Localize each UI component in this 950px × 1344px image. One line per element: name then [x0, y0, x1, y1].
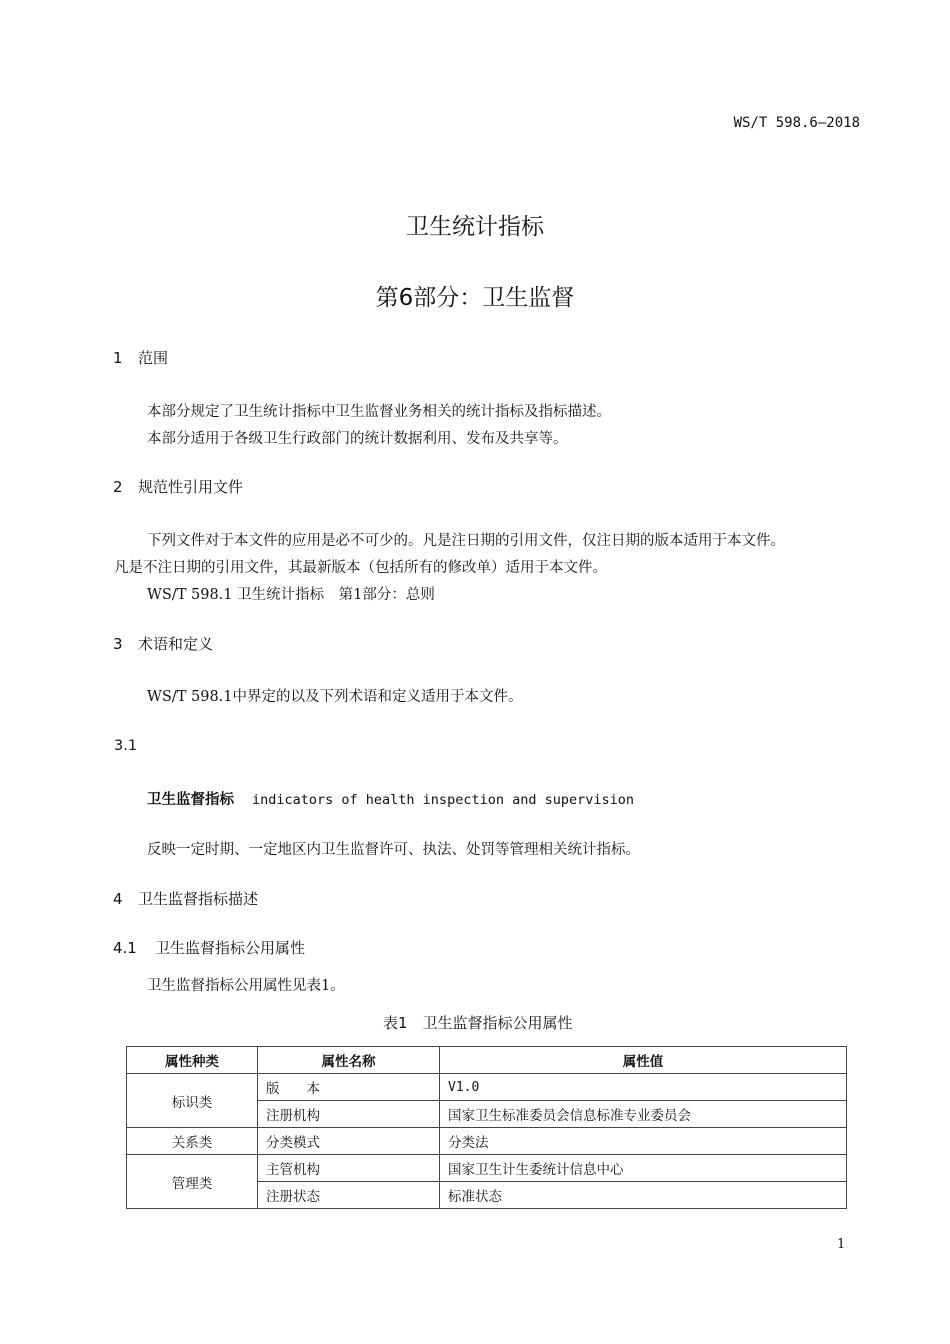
section-1-paragraph-1: 本部分规定了卫生统计指标中卫生监督业务相关的统计指标及指标描述。	[147, 400, 611, 421]
document-title: 卫生统计指标	[0, 208, 950, 241]
section-1-paragraph-2: 本部分适用于各级卫生行政部门的统计数据利用、发布及共享等。	[147, 427, 568, 448]
section-number: 4.1	[113, 939, 155, 957]
attribute-value-cell: 分类法	[440, 1128, 847, 1155]
section-1-heading: 1范围	[113, 347, 168, 368]
page-number: 1	[837, 1237, 845, 1252]
attributes-table: 属性种类 属性名称 属性值 标识类 版 本 V1.0 注册机构 国家卫生标准委员…	[126, 1046, 847, 1209]
attribute-name-cell: 版 本	[258, 1074, 440, 1101]
section-3-heading: 3术语和定义	[113, 633, 213, 654]
section-2-paragraph-line-1: 下列文件对于本文件的应用是必不可少的。凡是注日期的引用文件，仅注日期的版本适用于…	[147, 529, 785, 550]
column-header-name: 属性名称	[258, 1047, 440, 1074]
term-definition: 反映一定时期、一定地区内卫生监督许可、执法、处罚等管理相关统计指标。	[147, 838, 640, 859]
section-3-paragraph: WS/T 598.1中界定的以及下列术语和定义适用于本文件。	[147, 685, 523, 706]
attribute-name-cell: 注册机构	[258, 1101, 440, 1128]
table-row: 管理类 主管机构 国家卫生计生委统计信息中心	[127, 1155, 847, 1182]
term-entry: 卫生监督指标indicators of health inspection an…	[147, 788, 634, 809]
category-cell: 标识类	[127, 1074, 258, 1128]
category-cell: 管理类	[127, 1155, 258, 1209]
section-number: 2	[113, 478, 138, 496]
attribute-value-cell: 国家卫生计生委统计信息中心	[440, 1155, 847, 1182]
section-title: 规范性引用文件	[138, 478, 243, 496]
table-row: 标识类 版 本 V1.0	[127, 1074, 847, 1101]
table-caption: 表1 卫生监督指标公用属性	[383, 1012, 573, 1033]
section-2-paragraph-line-2: 凡是不注日期的引用文件，其最新版本（包括所有的修改单）适用于本文件。	[114, 556, 607, 577]
section-2-heading: 2规范性引用文件	[113, 476, 243, 497]
term-number: 3.1	[114, 738, 137, 754]
term-chinese: 卫生监督指标	[147, 792, 234, 808]
attribute-value-cell: 标准状态	[440, 1182, 847, 1209]
section-title: 卫生监督指标公用属性	[155, 939, 305, 957]
section-title: 卫生监督指标描述	[138, 890, 258, 908]
attribute-name-cell: 主管机构	[258, 1155, 440, 1182]
section-title: 术语和定义	[138, 635, 213, 653]
term-english: indicators of health inspection and supe…	[252, 792, 634, 808]
section-number: 3	[113, 635, 138, 653]
column-header-category: 属性种类	[127, 1047, 258, 1074]
section-4-heading: 4卫生监督指标描述	[113, 888, 258, 909]
section-number: 1	[113, 349, 138, 367]
attribute-name-cell: 分类模式	[258, 1128, 440, 1155]
section-number: 4	[113, 890, 138, 908]
table-row: 关系类 分类模式 分类法	[127, 1128, 847, 1155]
attribute-name-cell: 注册状态	[258, 1182, 440, 1209]
document-subtitle: 第6部分：卫生监督	[0, 279, 950, 312]
column-header-value: 属性值	[440, 1047, 847, 1074]
table-header-row: 属性种类 属性名称 属性值	[127, 1047, 847, 1074]
attribute-value-cell: 国家卫生标准委员会信息标准专业委员会	[440, 1101, 847, 1128]
section-4-1-heading: 4.1卫生监督指标公用属性	[113, 937, 305, 958]
category-cell: 关系类	[127, 1128, 258, 1155]
section-4-1-paragraph: 卫生监督指标公用属性见表1。	[147, 974, 345, 995]
section-title: 范围	[138, 349, 168, 367]
attribute-value-cell: V1.0	[440, 1074, 847, 1101]
standard-code: WS/T 598.6—2018	[734, 115, 860, 131]
normative-reference: WS/T 598.1 卫生统计指标 第1部分：总则	[147, 583, 435, 604]
